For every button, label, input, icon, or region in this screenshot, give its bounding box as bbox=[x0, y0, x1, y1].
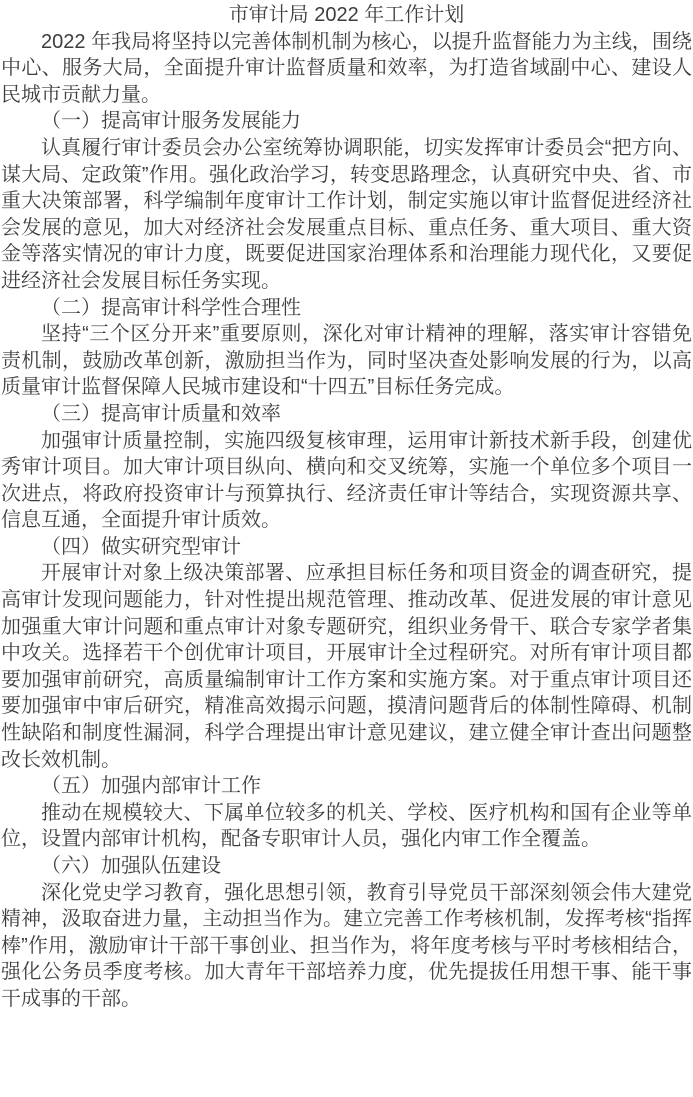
section-heading: （五）加强内部审计工作 bbox=[1, 773, 692, 800]
section-heading: （四）做实研究型审计 bbox=[1, 534, 692, 561]
body-paragraph: 加强审计质量控制，实施四级复核审理，运用审计新技术新手段，创建优秀审计项目。加大… bbox=[1, 428, 692, 534]
document-title: 市审计局 2022 年工作计划 bbox=[1, 2, 692, 29]
body-paragraph: 坚持“三个区分开来”重要原则，深化对审计精神的理解，落实审计容错免责机制，鼓励改… bbox=[1, 321, 692, 401]
body-paragraph: 开展审计对象上级决策部署、应承担目标任务和项目资金的调查研究，提高审计发现问题能… bbox=[1, 560, 692, 773]
body-paragraph: 推动在规模较大、下属单位较多的机关、学校、医疗机构和国有企业等单位，设置内部审计… bbox=[1, 800, 692, 853]
section-heading: （六）加强队伍建设 bbox=[1, 853, 692, 880]
document-body: 2022 年我局将坚持以完善体制机制为核心，以提升监督能力为主线，围绕中心、服务… bbox=[1, 29, 692, 1013]
body-paragraph: 认真履行审计委员会办公室统筹协调职能，切实发挥审计委员会“把方向、谋大局、定政策… bbox=[1, 135, 692, 295]
section-heading: （一）提高审计服务发展能力 bbox=[1, 108, 692, 135]
body-paragraph: 深化党史学习教育，强化思想引领，教育引导党员干部深刻领会伟大建党精神，汲取奋进力… bbox=[1, 880, 692, 1013]
section-heading: （三）提高审计质量和效率 bbox=[1, 401, 692, 428]
body-paragraph: 2022 年我局将坚持以完善体制机制为核心，以提升监督能力为主线，围绕中心、服务… bbox=[1, 29, 692, 109]
section-heading: （二）提高审计科学性合理性 bbox=[1, 295, 692, 322]
document-page: 市审计局 2022 年工作计划 2022 年我局将坚持以完善体制机制为核心，以提… bbox=[0, 0, 693, 1013]
